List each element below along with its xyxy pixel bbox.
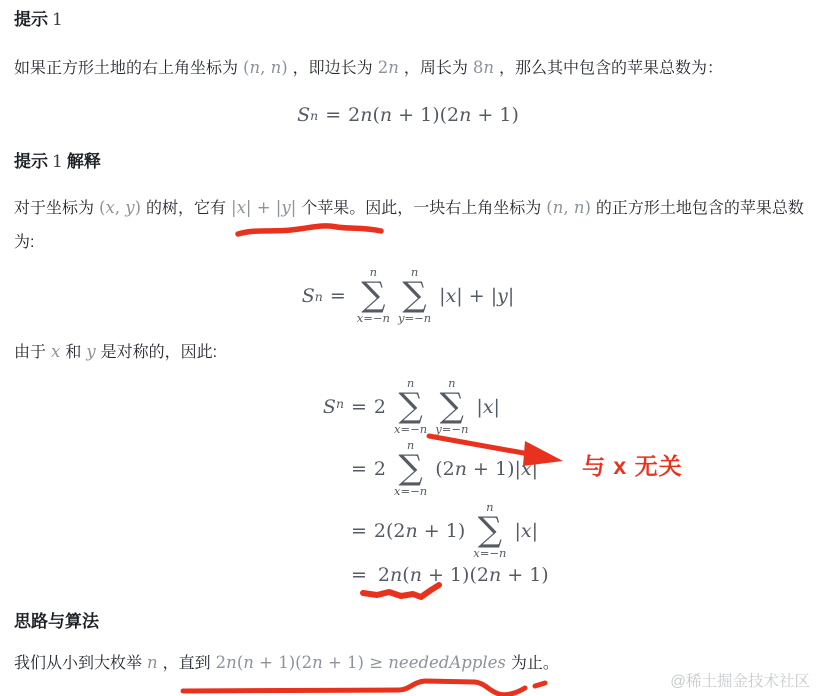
text-segment: ，即边长为	[293, 60, 373, 77]
sigma-icon: ∑	[398, 453, 422, 484]
red-annotation-label: 与 x 无关	[582, 448, 683, 481]
math-subscript: n	[336, 396, 344, 418]
text-segment: ，周长为	[404, 60, 468, 77]
inline-math: (n, n)	[243, 58, 288, 77]
text-segment: 的树，它有	[146, 200, 226, 217]
inline-math: 2n(n + 1)(2n + 1) ≥ neededApples	[216, 653, 506, 672]
hint1-explain-heading: 提示1解释	[14, 150, 101, 174]
heading-number: 1	[52, 152, 63, 172]
inline-math: 2n	[378, 58, 399, 77]
equals-sign: =	[351, 396, 367, 418]
summation-symbol: n ∑ x=−n	[394, 378, 427, 435]
summation-symbol: n ∑ x=−n	[394, 440, 427, 497]
symmetry-paragraph: 由于x和y是对称的，因此:	[14, 338, 812, 367]
explain-paragraph: 对于坐标为(x, y)的树，它有|x| + |y|个苹果。因此，一块右上角坐标为…	[14, 191, 812, 260]
inline-math: y	[86, 342, 95, 361]
math-expression: (2n + 1)|x|	[435, 458, 538, 480]
math-expression: |x|	[514, 520, 538, 542]
equals-sign: =	[330, 285, 346, 307]
sigma-icon: ∑	[402, 280, 426, 311]
sum-lower-limit: y=−n	[435, 424, 468, 436]
summation-symbol: n ∑ x=−n	[357, 267, 390, 324]
sigma-icon: ∑	[398, 391, 422, 422]
sigma-icon: ∑	[440, 391, 464, 422]
derivation-line-4: = 2n(n + 1)(2n + 1)	[310, 560, 549, 590]
inline-math: |x| + |y|	[231, 198, 296, 217]
math-expression: 2n(n + 1)(2n + 1)	[348, 104, 519, 126]
article-page: 提示1 如果正方形土地的右上角坐标为(n, n)，即边长为2n，周长为8n，那么…	[0, 0, 816, 696]
inline-math: x	[51, 342, 60, 361]
text-segment: ，直到	[163, 655, 211, 672]
inline-math: 8n	[473, 58, 494, 77]
text-segment: 由于	[14, 344, 46, 361]
inline-math: n	[147, 653, 158, 672]
heading-text: 提示	[14, 152, 48, 171]
formula-apple-total: Sn=2n(n + 1)(2n + 1)	[0, 99, 816, 131]
equals-sign: =	[325, 104, 341, 126]
derivation-block: Sn = 2 n ∑ x=−n n ∑ y=−n |x| = 2 n ∑ x=−…	[310, 376, 549, 590]
sum-lower-limit: x=−n	[357, 313, 390, 325]
math-subscript: n	[315, 289, 323, 304]
hint1-heading-number: 1	[52, 10, 63, 30]
heading-text: 思路与算法	[14, 612, 99, 631]
math-symbol: S	[297, 104, 310, 126]
equals-sign: =	[351, 520, 367, 542]
sum-lower-limit: x=−n	[473, 548, 506, 560]
math-symbol: S	[323, 396, 336, 418]
math-expression: 2	[374, 396, 386, 418]
summation-symbol: n ∑ x=−n	[473, 502, 506, 559]
text-segment: 我们从小到大枚举	[14, 655, 142, 672]
approach-heading: 思路与算法	[14, 610, 99, 634]
text-segment: 和	[65, 344, 81, 361]
derivation-line-2: = 2 n ∑ x=−n (2n + 1)|x|	[310, 438, 549, 500]
math-subscript: n	[310, 108, 318, 123]
math-expression: |x| + |y|	[439, 285, 514, 307]
derivation-line-1: Sn = 2 n ∑ x=−n n ∑ y=−n |x|	[310, 376, 549, 438]
sum-lower-limit: y=−n	[398, 313, 431, 325]
sum-lower-limit: x=−n	[394, 424, 427, 436]
math-expression: 2n(n + 1)(2n + 1)	[378, 564, 549, 586]
text-segment: 如果正方形土地的右上角坐标为	[14, 60, 238, 77]
math-symbol: S	[302, 285, 315, 307]
equals-sign: =	[351, 564, 367, 586]
text-segment: 是对称的，因此:	[101, 344, 217, 361]
math-expression: |x|	[476, 396, 500, 418]
summation-symbol: n ∑ y=−n	[398, 267, 431, 324]
text-segment: 个苹果。因此，一块右上角坐标为	[301, 200, 541, 217]
text-segment: 对于坐标为	[14, 200, 94, 217]
text-segment: 为止。	[511, 655, 559, 672]
inline-math: (x, y)	[99, 198, 141, 217]
inline-math: (n, n)	[546, 198, 591, 217]
heading-text: 解释	[67, 152, 101, 171]
watermark: @稀土掘金技术社区	[670, 669, 810, 691]
summation-symbol: n ∑ y=−n	[435, 378, 468, 435]
hint1-heading-text: 提示	[14, 10, 48, 29]
sigma-icon: ∑	[478, 515, 502, 546]
math-expression: 2(2n + 1)	[374, 520, 465, 542]
formula-double-sum: Sn = n ∑ x=−n n ∑ y=−n |x| + |y|	[0, 266, 816, 326]
derivation-line-3: = 2(2n + 1) n ∑ x=−n |x|	[310, 500, 549, 562]
hint1-heading: 提示1	[14, 8, 67, 32]
sigma-icon: ∑	[361, 280, 385, 311]
text-segment: ，那么其中包含的苹果总数为：	[499, 60, 723, 77]
equals-sign: =	[351, 458, 367, 480]
math-expression: 2	[374, 458, 386, 480]
sum-lower-limit: x=−n	[394, 486, 427, 498]
hint1-paragraph: 如果正方形土地的右上角坐标为(n, n)，即边长为2n，周长为8n，那么其中包含…	[14, 54, 812, 83]
